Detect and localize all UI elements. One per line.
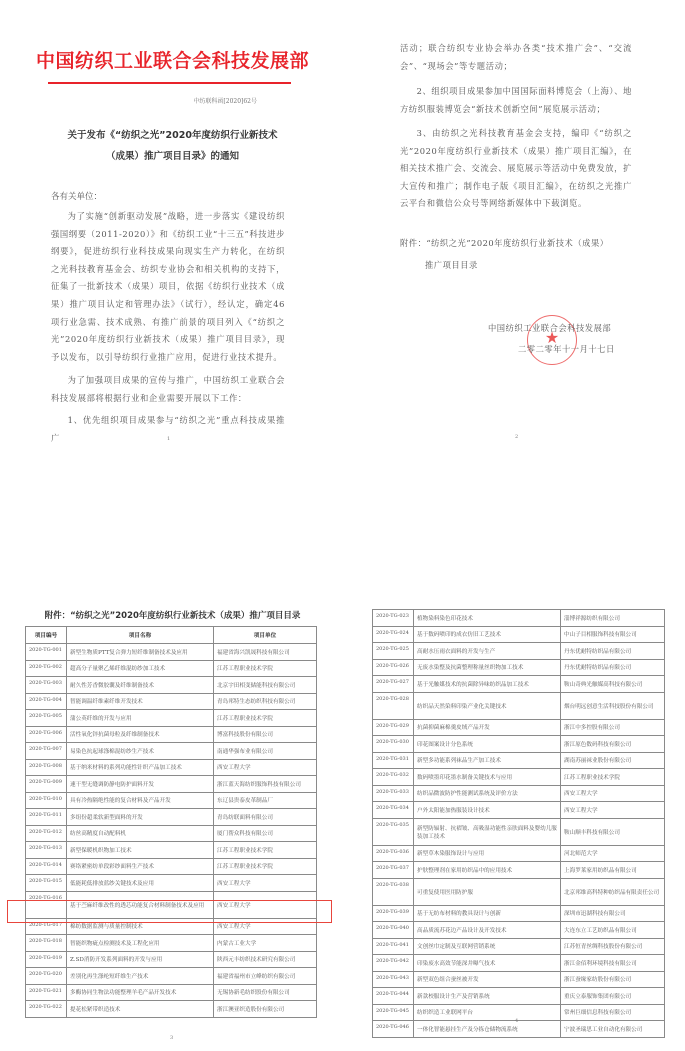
project-code: 2020-TG-032: [373, 769, 414, 786]
project-unit: 南通华强布业有限公司: [214, 743, 317, 760]
project-unit: 无锡协新毛纺织股份有限公司: [214, 984, 317, 1001]
project-code: 2020-TG-018: [26, 935, 67, 952]
project-unit: 上海罗莱家用纺织品有限公司: [561, 862, 665, 879]
project-name: 蒲公英纤维的开发与应用: [67, 710, 214, 727]
table-row: 2020-TG-036新型草木染服饰设计与应用河北师范大学: [373, 845, 665, 862]
project-name: 新型草木染服饰设计与应用: [414, 845, 561, 862]
table-row: 2020-TG-019Z.SD消防开发系列面料的开发与应用陕西元丰纺织技术研究有…: [26, 951, 317, 968]
document-page-3: 附件：“纺织之光”2020年度纺织行业新技术（成果）推广项目目录 项目编号项目名…: [0, 590, 345, 1051]
notice-title-line-1: 关于发布《“纺织之光”2020年度纺织行业新技术: [0, 127, 345, 141]
project-unit: 宁波圣瑞思工业自动化有限公司: [561, 1021, 665, 1038]
project-unit: 淄博祥源纺织有限公司: [561, 610, 665, 627]
body-paragraph-continued: 活动；联合纺织专业协会举办各类“技术推广会”、“交流会”、“现场会”等专题活动；: [400, 40, 632, 75]
signature-organization: 中国纺织工业联合会科技发展部: [488, 322, 611, 334]
project-unit: 江苏工程职业技术学院: [214, 858, 317, 875]
project-code: 2020-TG-011: [26, 809, 67, 826]
table-row: 2020-TG-027基于光触媒技术的抗菌除异味纺织品加工技术鞍山奇典光触媒高科…: [373, 676, 665, 693]
project-unit: 北京宇田相变储能科技有限公司: [214, 677, 317, 694]
project-code: 2020-TG-003: [26, 677, 67, 694]
project-name: 无废水染整及抗菌整理称量丝织物加工技术: [414, 659, 561, 676]
project-name: 基于数码喷印的成衣仿旧工艺技术: [414, 626, 561, 643]
project-unit: 浙江中多控股有限公司: [561, 719, 665, 736]
table-row: 2020-TG-043新型双色组合蚕丝被开发浙江蚕缘家纺股份有限公司: [373, 971, 665, 988]
project-name: 活性氧化锌抗菌母粒及纤维制备技术: [67, 726, 214, 743]
project-code: 2020-TG-004: [26, 693, 67, 710]
column-header: 项目单位: [214, 627, 317, 644]
page-number: 2: [515, 434, 518, 440]
table-row: 2020-TG-041文创丝巾定制及互联网营销系统江苏恒青丝绸科技股份有限公司: [373, 938, 665, 955]
table-row: 2020-TG-028纺织品天然染料印染产业化关键技术烟台明远创意生活科技股份有…: [373, 692, 665, 719]
project-code: 2020-TG-007: [26, 743, 67, 760]
project-unit: 东辽县贵泰皮革制品厂: [214, 792, 317, 809]
project-name: 纺织品天然染料印染产业化关键技术: [414, 692, 561, 719]
document-page-4: 2020-TG-023植物染料染色印花技术淄博祥源纺织有限公司2020-TG-0…: [345, 590, 685, 1051]
project-unit: 鞍山奇典光触媒高科技有限公司: [561, 676, 665, 693]
project-code: 2020-TG-020: [26, 968, 67, 985]
page-number: 1: [167, 436, 170, 442]
project-unit: 浙江蓝天海纺织服饰科技有限公司: [214, 776, 317, 793]
table-row: 2020-TG-006活性氧化锌抗菌母粒及纤维制备技术博富科技股份有限公司: [26, 726, 317, 743]
project-code: 2020-TG-010: [26, 792, 67, 809]
project-unit: 江苏工程职业技术学院: [561, 769, 665, 786]
project-code: 2020-TG-045: [373, 1004, 414, 1021]
project-code: 2020-TG-008: [26, 759, 67, 776]
project-name: 基于无纺布材料的教具设计与创新: [414, 905, 561, 922]
project-name: 纺丝高精度自动配料机: [67, 825, 214, 842]
project-unit: 青岛纺联面料有限公司: [214, 809, 317, 826]
column-header: 项目名称: [67, 627, 214, 644]
project-name: 超高分子量聚乙烯纤维混纺纱加工技术: [67, 660, 214, 677]
table-row: 2020-TG-031新型多功能系列袜品生产加工技术湖南苏丽袜业股份有限公司: [373, 752, 665, 769]
project-unit: 西安工程大学: [561, 785, 665, 802]
project-unit: 大连东立工艺纺织品有限公司: [561, 922, 665, 939]
project-code: 2020-TG-029: [373, 719, 414, 736]
table-row: 2020-TG-030印花图案设计分色系统浙江原色数码科技有限公司: [373, 736, 665, 753]
body-paragraph-1: 为了实施“创新驱动发展”战略，进一步落实《建设纺织强国纲要（2011-2020）…: [51, 208, 285, 366]
project-unit: 内蒙古工业大学: [214, 935, 317, 952]
project-code: 2020-TG-035: [373, 818, 414, 845]
project-unit: 厦门帮众科技有限公司: [214, 825, 317, 842]
project-code: 2020-TG-015: [26, 875, 67, 892]
highlighted-row-marker: [7, 900, 332, 923]
project-name: 易染色抗起球涤棉混纺纱生产技术: [67, 743, 214, 760]
project-name: 新型生物质PTT复合弹力短纤维制备技术及应用: [67, 644, 214, 661]
table-row: 2020-TG-012纺丝高精度自动配料机厦门帮众科技有限公司: [26, 825, 317, 842]
project-name: 多酶协同生物法功能整理羊毛产品开发技术: [67, 984, 214, 1001]
project-catalog-table-part-2: 2020-TG-023植物染料染色印花技术淄博祥源纺织有限公司2020-TG-0…: [372, 609, 665, 1038]
letterhead-divider: [48, 82, 291, 84]
project-name: 新型防辐射、抗褶皱、高吸湿功能性亲肤面料及婴幼儿服装加工技术: [414, 818, 561, 845]
project-code: 2020-TG-043: [373, 971, 414, 988]
project-name: 高品质流苏花边产品设计及开发技术: [414, 922, 561, 939]
signature-date: 二零二零年十一月十七日: [518, 343, 615, 355]
project-name: 新型保暖机织物加工技术: [67, 842, 214, 859]
table-row: 2020-TG-005蒲公英纤维的开发与应用江苏工程职业技术学院: [26, 710, 317, 727]
project-name: 基于纳米材料的系列功能性针织产品加工技术: [67, 759, 214, 776]
project-code: 2020-TG-027: [373, 676, 414, 693]
project-name: 具有冷热隔绝性能的复合材料及产品开发: [67, 792, 214, 809]
table-row: 2020-TG-003耐久性芳香微胶囊及纤维制备技术北京宇田相变储能科技有限公司: [26, 677, 317, 694]
project-name: 护肤整理剂在家用纺织品中的应用技术: [414, 862, 561, 879]
project-unit: 博富科技股份有限公司: [214, 726, 317, 743]
project-code: 2020-TG-013: [26, 842, 67, 859]
project-name: 印染废水高效节能深井曝气技术: [414, 955, 561, 972]
table-row: 2020-TG-002超高分子量聚乙烯纤维混纺纱加工技术江苏工程职业技术学院: [26, 660, 317, 677]
project-unit: 丹东优耐特纺织品有限公司: [561, 659, 665, 676]
project-unit: 西安工程大学: [214, 875, 317, 892]
table-row: 2020-TG-025高耐水压雨衣面料的开发与生产丹东优耐特纺织品有限公司: [373, 643, 665, 660]
project-unit: 北京邦维高科特种纺织品有限责任公司: [561, 878, 665, 905]
project-code: 2020-TG-030: [373, 736, 414, 753]
project-code: 2020-TG-009: [26, 776, 67, 793]
project-unit: 江苏工程职业技术学院: [214, 842, 317, 859]
project-code: 2020-TG-041: [373, 938, 414, 955]
table-row: 2020-TG-010具有冷热隔绝性能的复合材料及产品开发东辽县贵泰皮革制品厂: [26, 792, 317, 809]
table-row: 2020-TG-038可重复使用医用防护服北京邦维高科特种纺织品有限责任公司: [373, 878, 665, 905]
project-unit: 江苏工程职业技术学院: [214, 710, 317, 727]
project-unit: 福建省福州市立峰纺织有限公司: [214, 968, 317, 985]
project-name: 新款校服设计生产及营销系统: [414, 988, 561, 1005]
document-number: 中纺联科函[2020]62号: [193, 96, 257, 105]
project-unit: 西安工程大学: [214, 759, 317, 776]
project-code: 2020-TG-042: [373, 955, 414, 972]
project-unit: 鞍山顺丰科技有限公司: [561, 818, 665, 845]
project-name: 纺织品微波防护性能测试系统及评价方法: [414, 785, 561, 802]
table-row: 2020-TG-026无废水染整及抗菌整理称量丝织物加工技术丹东优耐特纺织品有限…: [373, 659, 665, 676]
table-row: 2020-TG-022提花松紧带织造技术浙江澳亚织造股份有限公司: [26, 1001, 317, 1018]
project-code: 2020-TG-046: [373, 1021, 414, 1038]
project-unit: 青岛邦特生态纺织科技有限公司: [214, 693, 317, 710]
project-name: 可重复使用医用防护服: [414, 878, 561, 905]
project-code: 2020-TG-024: [373, 626, 414, 643]
project-unit: 河北师范大学: [561, 845, 665, 862]
project-code: 2020-TG-021: [26, 984, 67, 1001]
table-row: 2020-TG-040高品质流苏花边产品设计及开发技术大连东立工艺纺织品有限公司: [373, 922, 665, 939]
project-code: 2020-TG-026: [373, 659, 414, 676]
project-name: 户外太阳能加热服装设计技术: [414, 802, 561, 819]
project-name: 提花松紧带织造技术: [67, 1001, 214, 1018]
project-unit: 陕西元丰纺织技术研究有限公司: [214, 951, 317, 968]
project-name: 多组份超柔软新型面料的开发: [67, 809, 214, 826]
project-unit: 西安工程大学: [561, 802, 665, 819]
project-name: 抗菌抑菌麻棉羹皮绒产品开发: [414, 719, 561, 736]
project-name: Z.SD消防开发系列面料的开发与应用: [67, 951, 214, 968]
table-row: 2020-TG-035新型防辐射、抗褶皱、高吸湿功能性亲肤面料及婴幼儿服装加工技…: [373, 818, 665, 845]
table-row: 2020-TG-001新型生物质PTT复合弹力短纤维制备技术及应用福建省海兴凯晟…: [26, 644, 317, 661]
project-name: 高耐水压雨衣面料的开发与生产: [414, 643, 561, 660]
attachment-label: 附件：“纺织之光”2020年度纺织行业新技术（成果）: [400, 237, 609, 249]
project-name: 纺织织造工业联网平台: [414, 1004, 561, 1021]
project-unit: 常州巨细信息科技有限公司: [561, 1004, 665, 1021]
project-name: 基于光触媒技术的抗菌除异味纺织品加工技术: [414, 676, 561, 693]
table-row: 2020-TG-032数码喷墨印花墨水制备关键技术与应用江苏工程职业技术学院: [373, 769, 665, 786]
project-code: 2020-TG-040: [373, 922, 414, 939]
project-code: 2020-TG-005: [26, 710, 67, 727]
project-name: 赛络紧密纺单段彩纱面料生产技术: [67, 858, 214, 875]
project-code: 2020-TG-037: [373, 862, 414, 879]
table-row: 2020-TG-014赛络紧密纺单段彩纱面料生产技术江苏工程职业技术学院: [26, 858, 317, 875]
table-row: 2020-TG-007易染色抗起球涤棉混纺纱生产技术南通华强布业有限公司: [26, 743, 317, 760]
project-name: 数码喷墨印花墨水制备关键技术与应用: [414, 769, 561, 786]
project-name: 智能调温纤维素纤维开发技术: [67, 693, 214, 710]
project-name: 一体化智能悬挂生产及分拣仓储物流系统: [414, 1021, 561, 1038]
project-code: 2020-TG-001: [26, 644, 67, 661]
salutation: 各有关单位：: [51, 190, 102, 202]
project-unit: 湖南苏丽袜业股份有限公司: [561, 752, 665, 769]
table-row: 2020-TG-004智能调温纤维素纤维开发技术青岛邦特生态纺织科技有限公司: [26, 693, 317, 710]
project-code: 2020-TG-023: [373, 610, 414, 627]
project-code: 2020-TG-014: [26, 858, 67, 875]
project-catalog-table-part-1: 项目编号项目名称项目单位 2020-TG-001新型生物质PTT复合弹力短纤维制…: [25, 626, 317, 1018]
project-code: 2020-TG-034: [373, 802, 414, 819]
table-row: 2020-TG-046一体化智能悬挂生产及分拣仓储物流系统宁波圣瑞思工业自动化有…: [373, 1021, 665, 1038]
column-header: 项目编号: [26, 627, 67, 644]
project-unit: 江苏工程职业技术学院: [214, 660, 317, 677]
project-name: 印花图案设计分色系统: [414, 736, 561, 753]
project-name: 差别化再生涤纶短纤维生产技术: [67, 968, 214, 985]
project-name: 智能织物疵点检测技术及工程化应用: [67, 935, 214, 952]
project-code: 2020-TG-039: [373, 905, 414, 922]
project-name: 耐久性芳香微胶囊及纤维制备技术: [67, 677, 214, 694]
project-name: 文创丝巾定制及互联网营销系统: [414, 938, 561, 955]
page-number: 4: [515, 1018, 518, 1024]
project-code: 2020-TG-002: [26, 660, 67, 677]
project-unit: 烟台明远创意生活科技股份有限公司: [561, 692, 665, 719]
table-row: 2020-TG-033纺织品微波防护性能测试系统及评价方法西安工程大学: [373, 785, 665, 802]
project-code: 2020-TG-025: [373, 643, 414, 660]
table-row: 2020-TG-024基于数码喷印的成衣仿旧工艺技术中山子目相服饰科技有限公司: [373, 626, 665, 643]
body-paragraph-item-3: 3、由纺织之光科技教育基金会支持，编印《“纺织之光”2020年度纺织行业新技术（…: [400, 125, 632, 213]
project-code: 2020-TG-036: [373, 845, 414, 862]
project-name: 速干型无缝调防静电防护面料开发: [67, 776, 214, 793]
table-row: 2020-TG-009速干型无缝调防静电防护面料开发浙江蓝天海纺织服饰科技有限公…: [26, 776, 317, 793]
project-unit: 浙江原色数码科技有限公司: [561, 736, 665, 753]
table-row: 2020-TG-045纺织织造工业联网平台常州巨细信息科技有限公司: [373, 1004, 665, 1021]
table-row: 2020-TG-023植物染料染色印花技术淄博祥源纺织有限公司: [373, 610, 665, 627]
document-page-2: 活动；联合纺织专业协会举办各类“技术推广会”、“交流会”、“现场会”等专题活动；…: [345, 0, 685, 450]
table-row: 2020-TG-015低能耗低排放蓝纱关键技术及应用西安工程大学: [26, 875, 317, 892]
document-page-1: 中国纺织工业联合会科技发展部 中纺联科函[2020]62号 关于发布《“纺织之光…: [0, 0, 345, 450]
project-name: 低能耗低排放蓝纱关键技术及应用: [67, 875, 214, 892]
letterhead-title: 中国纺织工业联合会科技发展部: [0, 46, 345, 73]
project-unit: 中山子目相服饰科技有限公司: [561, 626, 665, 643]
table-row-highlighted: 2020-TG-018智能织物疵点检测技术及工程化应用内蒙古工业大学: [26, 935, 317, 952]
project-code: 2020-TG-019: [26, 951, 67, 968]
table-row: 2020-TG-008基于纳米材料的系列功能性针织产品加工技术西安工程大学: [26, 759, 317, 776]
table-row: 2020-TG-021多酶协同生物法功能整理羊毛产品开发技术无锡协新毛纺织股份有…: [26, 984, 317, 1001]
project-unit: 深圳市迅湖科技有限公司: [561, 905, 665, 922]
project-name: 新型多功能系列袜品生产加工技术: [414, 752, 561, 769]
body-paragraph-item-2: 2、组织项目成果参加中国国际面料博览会（上海）、地方纺织服装博览会“新技术创新空…: [400, 83, 632, 118]
table-row: 2020-TG-039基于无纺布材料的教具设计与创新深圳市迅湖科技有限公司: [373, 905, 665, 922]
project-unit: 浙江蚕缘家纺股份有限公司: [561, 971, 665, 988]
project-unit: 浙江澳亚织造股份有限公司: [214, 1001, 317, 1018]
catalog-table-title: 附件：“纺织之光”2020年度纺织行业新技术（成果）推广项目目录: [0, 609, 345, 621]
table-row: 2020-TG-013新型保暖机织物加工技术江苏工程职业技术学院: [26, 842, 317, 859]
table-row: 2020-TG-037护肤整理剂在家用纺织品中的应用技术上海罗莱家用纺织品有限公…: [373, 862, 665, 879]
notice-title-line-2: （成果）推广项目目录》的通知: [0, 148, 345, 162]
table-row: 2020-TG-020差别化再生涤纶短纤维生产技术福建省福州市立峰纺织有限公司: [26, 968, 317, 985]
project-unit: 丹东优耐特纺织品有限公司: [561, 643, 665, 660]
project-code: 2020-TG-038: [373, 878, 414, 905]
project-code: 2020-TG-012: [26, 825, 67, 842]
table-row: 2020-TG-044新款校服设计生产及营销系统重庆立泰服饰集团有限公司: [373, 988, 665, 1005]
project-unit: 浙江金佰利环境科技有限公司: [561, 955, 665, 972]
table-row: 2020-TG-042印染废水高效节能深井曝气技术浙江金佰利环境科技有限公司: [373, 955, 665, 972]
project-code: 2020-TG-022: [26, 1001, 67, 1018]
project-unit: 福建省海兴凯晟科技有限公司: [214, 644, 317, 661]
project-unit: 重庆立泰服饰集团有限公司: [561, 988, 665, 1005]
page-number: 3: [170, 1035, 173, 1041]
table-row: 2020-TG-034户外太阳能加热服装设计技术西安工程大学: [373, 802, 665, 819]
project-code: 2020-TG-031: [373, 752, 414, 769]
table-row: 2020-TG-029抗菌抑菌麻棉羹皮绒产品开发浙江中多控股有限公司: [373, 719, 665, 736]
project-code: 2020-TG-033: [373, 785, 414, 802]
project-code: 2020-TG-028: [373, 692, 414, 719]
project-code: 2020-TG-006: [26, 726, 67, 743]
project-name: 植物染料染色印花技术: [414, 610, 561, 627]
body-paragraph-2: 为了加强项目成果的宣传与推广，中国纺织工业联合会科技发展部将根据行业和企业需要开…: [51, 372, 285, 407]
project-unit: 江苏恒青丝绸科技股份有限公司: [561, 938, 665, 955]
project-name: 新型双色组合蚕丝被开发: [414, 971, 561, 988]
project-code: 2020-TG-044: [373, 988, 414, 1005]
table-row: 2020-TG-011多组份超柔软新型面料的开发青岛纺联面料有限公司: [26, 809, 317, 826]
attachment-label-continued: 推广项目目录: [425, 259, 478, 271]
